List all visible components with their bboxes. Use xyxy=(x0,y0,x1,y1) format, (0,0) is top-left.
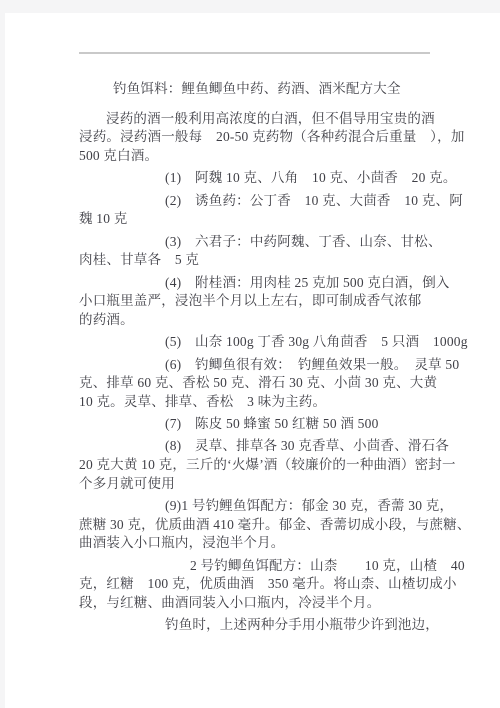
text-line: (8) 灵草、排草各 30 克香草、小茴香、滑石各 xyxy=(0,437,500,456)
document-page: 钓鱼饵料：鲤鱼鲫鱼中药、药酒、酒米配方大全 浸药的酒一般利用高浓度的白酒，但不倡… xyxy=(0,80,500,639)
paragraph: (8) 灵草、排草各 30 克香草、小茴香、滑石各20 克大黄 10 克，三斤的… xyxy=(0,437,500,493)
document-viewer: 钓鱼饵料：鲤鱼鲫鱼中药、药酒、酒米配方大全 浸药的酒一般利用高浓度的白酒，但不倡… xyxy=(0,0,500,708)
paragraph: 钓鱼时，上述两种分手用小瓶带少许到池边， xyxy=(0,616,500,635)
text-line: 个多月就可使用 xyxy=(0,475,500,494)
paragraph: (3) 六君子：中药阿魏、丁香、山奈、甘松、肉桂、甘草各 5 克 xyxy=(0,233,500,270)
paragraph: (5) 山奈 100g 丁香 30g 八角茴香 5 只酒 1000g xyxy=(0,333,500,352)
text-line: 2 号钓鲫鱼饵配方：山柰 10 克，山楂 40 xyxy=(0,557,500,576)
text-line: 魏 10 克 xyxy=(0,210,500,229)
paragraph: 2 号钓鲫鱼饵配方：山柰 10 克，山楂 40克，红糖 100 克，优质曲酒 3… xyxy=(0,557,500,613)
document-title: 钓鱼饵料：鲤鱼鲫鱼中药、药酒、酒米配方大全 xyxy=(0,80,500,99)
text-line: 浸药的酒一般利用高浓度的白酒，但不倡导用宝贵的酒 xyxy=(0,110,500,129)
text-line: (1) 阿魏 10 克、八角 10 克、小茴香 20 克。 xyxy=(0,169,500,188)
paragraph: (7) 陈皮 50 蜂蜜 50 红糖 50 酒 500 xyxy=(0,415,500,434)
text-line: 20 克大黄 10 克，三斤的‘火爆’酒（较廉价的一种曲酒）密封一 xyxy=(0,456,500,475)
text-line: (3) 六君子：中药阿魏、丁香、山奈、甘松、 xyxy=(0,233,500,252)
paragraph: (4) 附桂酒：用肉桂 25 克加 500 克白酒，倒入小口瓶里盖严，浸泡半个月… xyxy=(0,274,500,330)
text-line: 段，与红糖、曲酒同装入小口瓶内，冷浸半个月。 xyxy=(0,594,500,613)
header-divider-line xyxy=(79,52,430,54)
text-line: 克、排草 60 克、香松 50 克、滑石 30 克、小茴 30 克、大黄 xyxy=(0,374,500,393)
text-line: 蔗糖 30 克，优质曲酒 410 毫升。郁金、香薷切成小段，与蔗糖、 xyxy=(0,516,500,535)
paragraph: (6) 钓鲫鱼很有效： 钓鲤鱼效果一般。 灵草 50克、排草 60 克、香松 5… xyxy=(0,356,500,412)
text-line: (4) 附桂酒：用肉桂 25 克加 500 克白酒，倒入 xyxy=(0,274,500,293)
paragraph: (2) 诱鱼药：公丁香 10 克、大茴香 10 克、阿魏 10 克 xyxy=(0,192,500,229)
text-line: 钓鱼时，上述两种分手用小瓶带少许到池边， xyxy=(0,616,500,635)
document-body: 浸药的酒一般利用高浓度的白酒，但不倡导用宝贵的酒浸药。浸药酒一般每 20-50 … xyxy=(0,110,500,635)
text-line: 曲酒装入小口瓶内，浸泡半个月。 xyxy=(0,534,500,553)
text-line: 10 克。灵草、排草、香松 3 味为主药。 xyxy=(0,393,500,412)
text-line: 肉桂、甘草各 5 克 xyxy=(0,251,500,270)
text-line: (5) 山奈 100g 丁香 30g 八角茴香 5 只酒 1000g xyxy=(0,333,500,352)
text-line: (7) 陈皮 50 蜂蜜 50 红糖 50 酒 500 xyxy=(0,415,500,434)
paragraph: (9)1 号钓鲤鱼饵配方：郁金 30 克，香薷 30 克，蔗糖 30 克，优质曲… xyxy=(0,497,500,553)
paragraph: (1) 阿魏 10 克、八角 10 克、小茴香 20 克。 xyxy=(0,169,500,188)
text-line: 小口瓶里盖严，浸泡半个月以上左右，即可制成香气浓郁 xyxy=(0,292,500,311)
paragraph: 浸药的酒一般利用高浓度的白酒，但不倡导用宝贵的酒浸药。浸药酒一般每 20-50 … xyxy=(0,110,500,166)
text-line: (9)1 号钓鲤鱼饵配方：郁金 30 克，香薷 30 克， xyxy=(0,497,500,516)
text-line: (6) 钓鲫鱼很有效： 钓鲤鱼效果一般。 灵草 50 xyxy=(0,356,500,375)
text-line: 克，红糖 100 克，优质曲酒 350 毫升。将山柰、山楂切成小 xyxy=(0,575,500,594)
viewer-top-margin xyxy=(0,0,500,13)
text-line: 的药酒。 xyxy=(0,311,500,330)
text-line: 500 克白酒。 xyxy=(0,147,500,166)
text-line: (2) 诱鱼药：公丁香 10 克、大茴香 10 克、阿 xyxy=(0,192,500,211)
text-line: 浸药。浸药酒一般每 20-50 克药物（各种药混合后重量 ），加 xyxy=(0,128,500,147)
